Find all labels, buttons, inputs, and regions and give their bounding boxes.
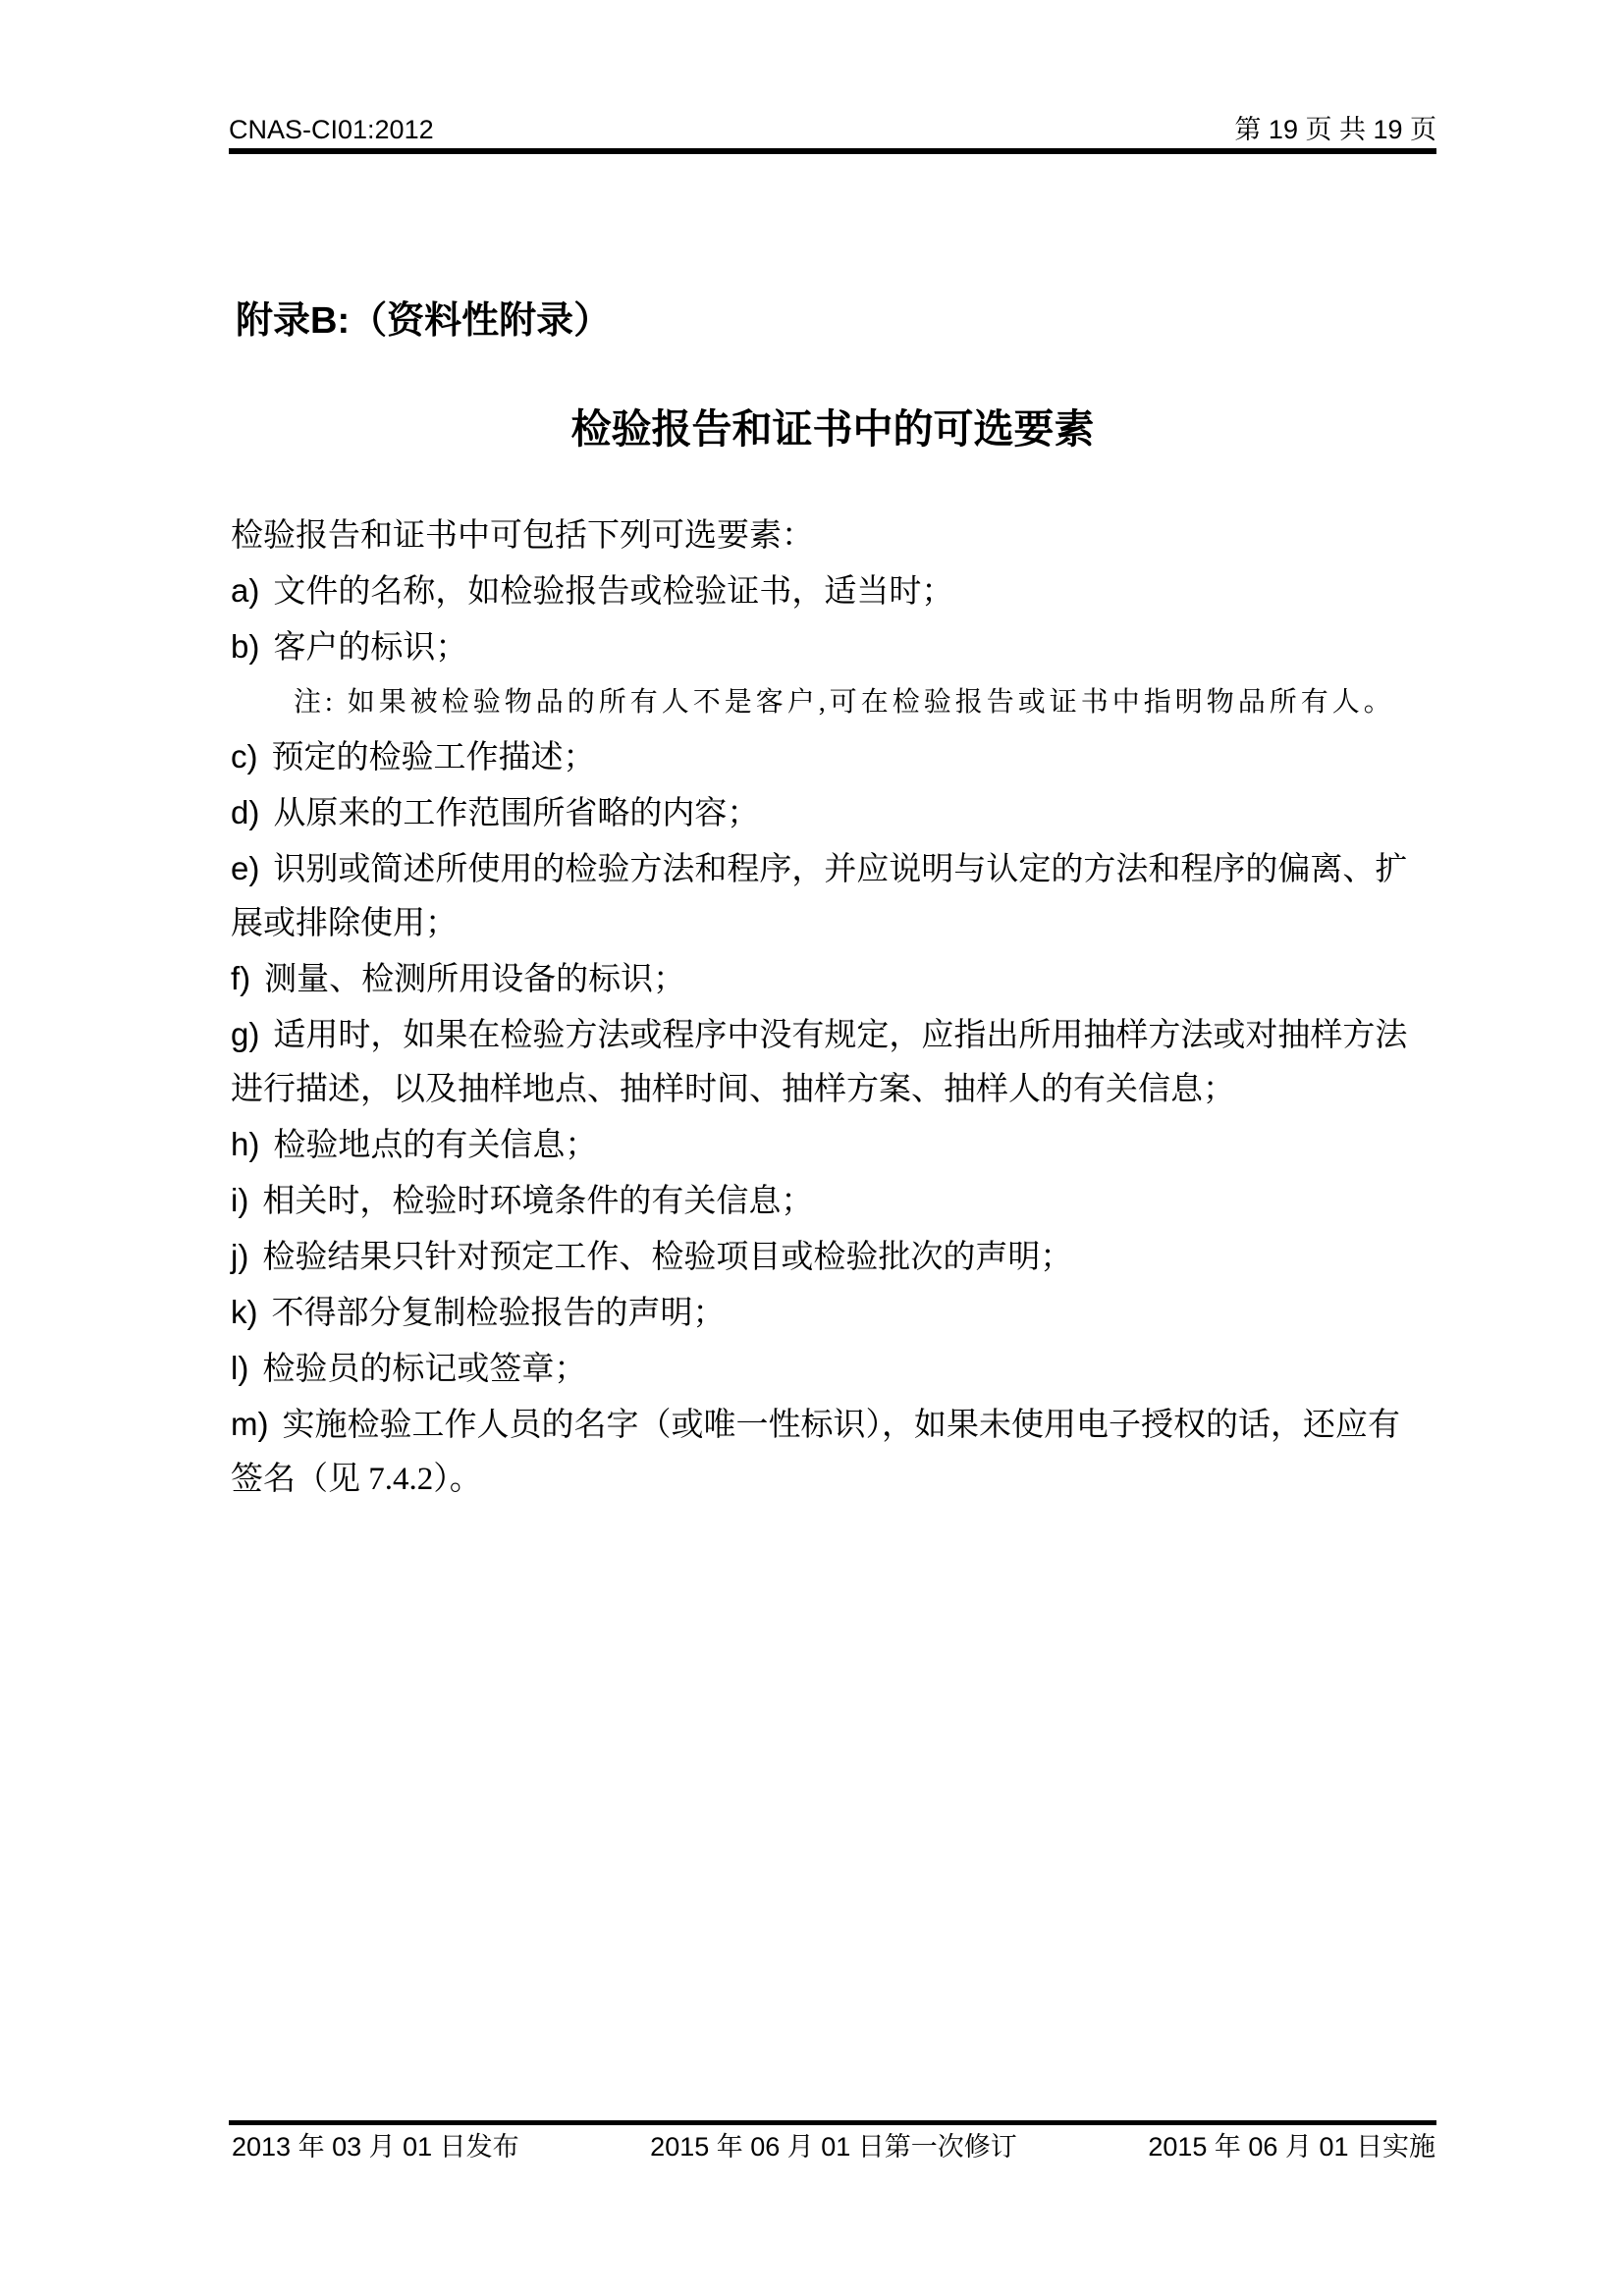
item-text: 从原来的工作范围所省略的内容； xyxy=(273,796,759,831)
item-text: 预定的检验工作描述； xyxy=(272,740,596,775)
item-text: 不得部分复制检验报告的声明； xyxy=(272,1296,726,1331)
item-label: e) xyxy=(231,850,259,886)
item-text: 适用时，如果在检验方法或程序中没有规定，应指出所用抽样方法或对抽样方法 进行描述… xyxy=(231,1018,1407,1107)
item-label: i) xyxy=(231,1182,248,1218)
page-footer: 2013 年 03 月 01 日发布 2015 年 06 月 01 日第一次修订… xyxy=(232,2131,1435,2163)
list-item: a)文件的名称，如检验报告或检验证书，适当时； xyxy=(231,563,1440,619)
header-rule xyxy=(229,148,1436,154)
list-item: i)相关时，检验时环境条件的有关信息； xyxy=(231,1173,1440,1229)
item-label: a) xyxy=(231,572,259,609)
document-page: CNAS-CI01:2012 第 19 页 共 19 页 附录B:（资料性附录）… xyxy=(0,0,1624,2296)
page-header: CNAS-CI01:2012 第 19 页 共 19 页 xyxy=(229,114,1436,145)
item-text: 检验地点的有关信息； xyxy=(273,1128,597,1163)
item-label: b) xyxy=(231,628,259,665)
list-item: g)适用时，如果在检验方法或程序中没有规定，应指出所用抽样方法或对抽样方法 进行… xyxy=(231,1007,1440,1117)
list-item: k)不得部分复制检验报告的声明； xyxy=(231,1285,1440,1341)
note-line: 注: 如果被检验物品的所有人不是客户,可在检验报告或证书中指明物品所有人。 xyxy=(231,675,1440,729)
doc-number: CNAS-CI01:2012 xyxy=(229,114,434,145)
page-indicator: 第 19 页 共 19 页 xyxy=(1234,114,1436,145)
list-item: d)从原来的工作范围所省略的内容； xyxy=(231,785,1440,841)
list-item: e)识别或简述所使用的检验方法和程序，并应说明与认定的方法和程序的偏离、扩 展或… xyxy=(231,841,1440,951)
footer-revision-date: 2015 年 06 月 01 日第一次修订 xyxy=(650,2131,1017,2163)
item-text: 文件的名称，如检验报告或检验证书，适当时； xyxy=(273,574,953,610)
item-label: f) xyxy=(231,960,250,996)
item-text: 检验结果只针对预定工作、检验项目或检验批次的声明； xyxy=(262,1240,1072,1275)
item-label: k) xyxy=(231,1294,258,1330)
item-text: 客户的标识； xyxy=(273,630,467,666)
item-label: c) xyxy=(231,738,258,774)
item-label: j) xyxy=(231,1238,248,1274)
item-text: 检验员的标记或签章； xyxy=(262,1352,586,1387)
item-text: 相关时，检验时环境条件的有关信息； xyxy=(262,1184,813,1219)
item-text: 识别或简述所使用的检验方法和程序，并应说明与认定的方法和程序的偏离、扩 展或排除… xyxy=(231,852,1407,941)
footer-publish-date: 2013 年 03 月 01 日发布 xyxy=(232,2131,519,2163)
footer-rule xyxy=(229,2120,1436,2125)
list-item: f)测量、检测所用设备的标识； xyxy=(231,951,1440,1007)
item-label: h) xyxy=(231,1126,259,1162)
list-item: c)预定的检验工作描述； xyxy=(231,729,1440,785)
list-item: j)检验结果只针对预定工作、检验项目或检验批次的声明； xyxy=(231,1229,1440,1285)
list-item: m)实施检验工作人员的名字（或唯一性标识），如果未使用电子授权的话，还应有 签名… xyxy=(231,1397,1440,1507)
item-label: l) xyxy=(231,1350,248,1386)
document-title: 检验报告和证书中的可选要素 xyxy=(229,404,1436,454)
item-text: 实施检验工作人员的名字（或唯一性标识），如果未使用电子授权的话，还应有 签名（见… xyxy=(231,1408,1400,1497)
item-text: 测量、检测所用设备的标识； xyxy=(264,962,685,997)
body-text: 检验报告和证书中可包括下列可选要素： a)文件的名称，如检验报告或检验证书，适当… xyxy=(231,509,1440,1507)
list-item: b)客户的标识； xyxy=(231,619,1440,675)
item-label: m) xyxy=(231,1406,268,1442)
appendix-heading: 附录B:（资料性附录） xyxy=(236,297,611,345)
list-item: l)检验员的标记或签章； xyxy=(231,1341,1440,1397)
item-label: d) xyxy=(231,794,259,830)
item-label: g) xyxy=(231,1016,259,1052)
list-item: h)检验地点的有关信息； xyxy=(231,1117,1440,1173)
intro-line: 检验报告和证书中可包括下列可选要素： xyxy=(231,509,1440,563)
footer-implement-date: 2015 年 06 月 01 日实施 xyxy=(1148,2131,1435,2163)
